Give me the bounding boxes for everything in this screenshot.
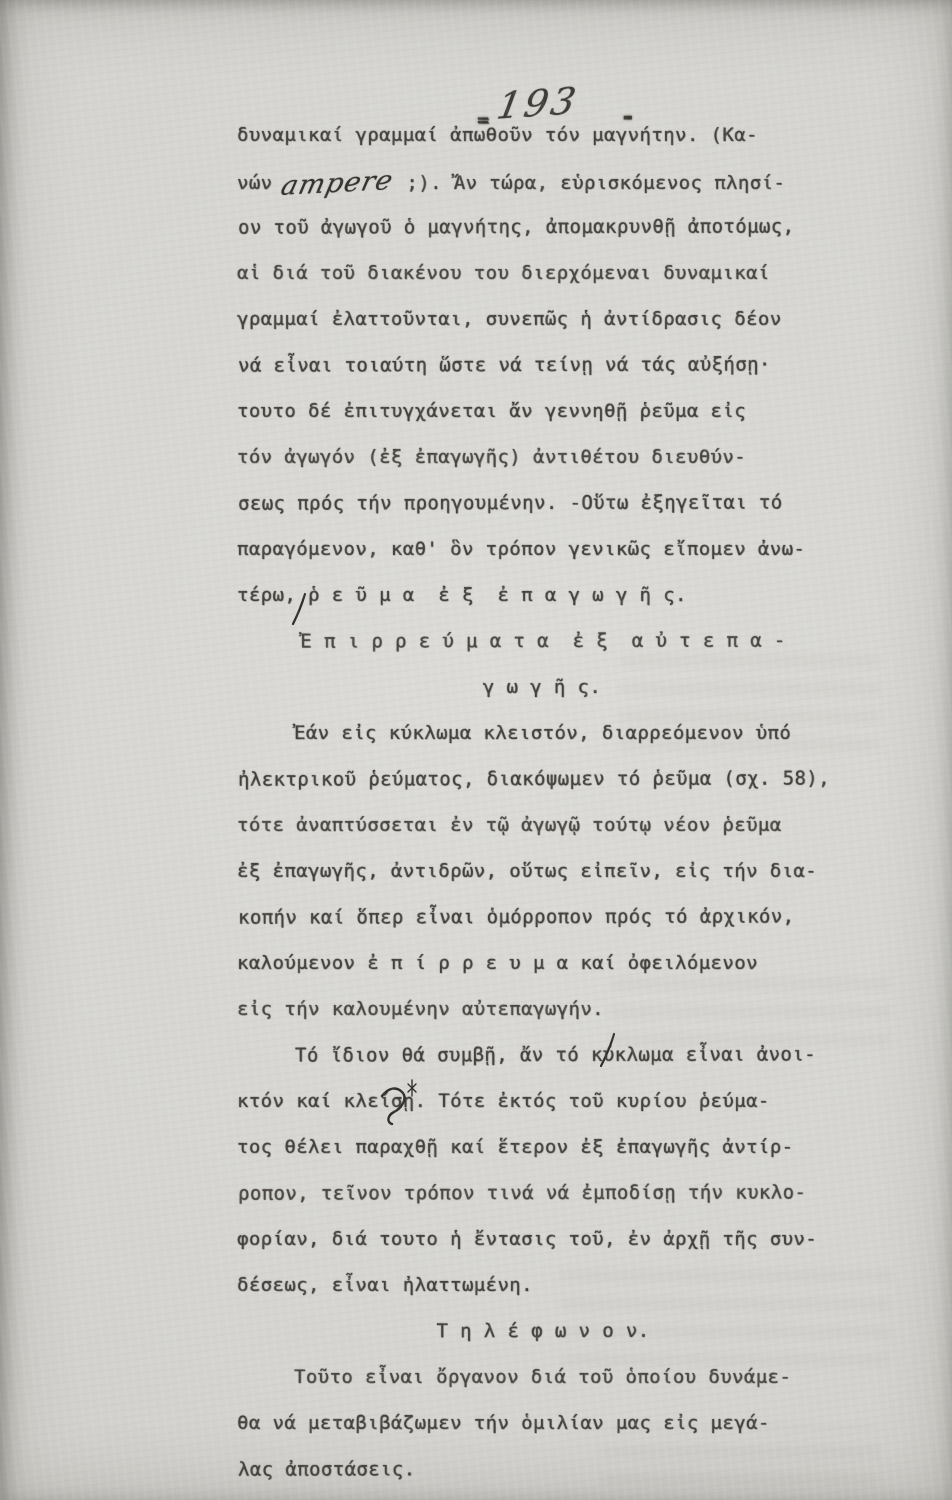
text-line: κοπήν καί ὅπερ εἶναι ὁμόρροπον πρός τό ἀ… [238, 893, 878, 940]
text-line: αἱ διά τοῦ διακένου του διερχόμεναι δυνα… [237, 250, 877, 296]
text-line: εἰς τήν καλουμένην αὐτεπαγωγήν. [237, 986, 877, 1032]
section-heading-line: γ ω γ ῆ ς. [237, 664, 877, 710]
text-line: δυναμικαί γραμμαί ἀπωθοῦν τόν μαγνήτην. … [237, 112, 877, 158]
text-line-part: νών [237, 172, 273, 194]
text-line: τότε ἀναπτύσσεται ἐν τῷ ἀγωγῷ τούτῳ νέον… [237, 802, 877, 848]
text-line: ον τοῦ ἀγωγοῦ ὁ μαγνήτης, ἀπομακρυνθῇ ἀπ… [238, 203, 878, 250]
text-line: λας ἀποστάσεις. [238, 1445, 878, 1492]
text-line: ροπον, τεῖνον τρόπον τινά νά ἐμποδίσῃ τή… [238, 1169, 878, 1216]
text-line: γραμμαί ἐλαττοῦνται, συνεπῶς ἡ ἀντίδρασι… [237, 296, 877, 342]
section-heading-line: Τ η λ έ φ ω ν ο ν. [238, 1307, 878, 1354]
text-line: νώνampere;). Ἄν τώρα, εὑρισκόμενος πλησί… [237, 158, 877, 204]
text-line: θα νά μεταβιβάζωμεν τήν ὁμιλίαν μας εἰς … [237, 1400, 877, 1446]
text-line: τουτο δέ ἐπιτυγχάνεται ἄν γεννηθῇ ῥεῦμα … [237, 388, 877, 434]
scanned-document-page: = 193 - δυναμικαί γραμμαί ἀπωθοῦν τόν μα… [0, 0, 952, 1500]
text-line: ἐξ ἐπαγωγῆς, ἀντιδρῶν, οὕτως εἰπεῖν, εἰς… [237, 848, 877, 894]
text-line: καλούμενον ἐ π ί ρ ρ ε υ μ α καί ὀφειλόμ… [237, 940, 877, 986]
text-line: ἠλεκτρικοῦ ῥεύματος, διακόψωμεν τό ῥεῦμα… [238, 755, 878, 802]
text-line: τόν ἀγωγόν (ἐξ ἐπαγωγῆς) ἀντιθέτου διευθ… [237, 434, 877, 480]
page-header: = 193 - [0, 42, 952, 102]
handwritten-word-ampere: ampere [276, 158, 398, 210]
text-line: τέρω, ῥ ε ῦ μ α ἐ ξ ἐ π α γ ω γ ῆ ς. [237, 572, 877, 618]
text-line: φορίαν, διά τουτο ἡ ἔντασις τοῦ, ἐν ἀρχῇ… [237, 1216, 877, 1262]
text-line: τος θέλει παραχθῇ καί ἕτερον ἐξ ἐπαγωγῆς… [237, 1124, 877, 1170]
text-line: παραγόμενον, καθ' ὃν τρόπον γενικῶς εἴπο… [237, 526, 877, 572]
section-heading-line: Ἐ π ι ρ ρ ε ύ μ α τ α ἐ ξ α ὐ τ ε π α - [238, 617, 878, 664]
text-line: νά εἶναι τοιαύτη ὥστε νά τείνῃ νά τάς αὐ… [238, 341, 878, 388]
text-line: δέσεως, εἶναι ἠλαττωμένη. [237, 1262, 877, 1308]
paragraph-start-line: Ἐάν εἰς κύκλωμα κλειστόν, διαρρεόμενον ὑ… [237, 710, 877, 756]
paragraph-start-line: Τό ἴδιον θά συμβῇ, ἄν τό κύκλωμα εἶναι ἀ… [238, 1031, 878, 1078]
typewritten-text-block: δυναμικαί γραμμαί ἀπωθοῦν τόν μαγνήτην. … [237, 112, 877, 1492]
text-line: σεως πρός τήν προηγουμένην. -Οὕτω ἐξηγεῖ… [238, 479, 878, 526]
text-line: κτόν καί κλείσῃ. Τότε ἐκτός τοῦ κυρίου ῥ… [237, 1078, 877, 1124]
paragraph-start-line: Τοῦτο εἶναι ὄργανον διά τοῦ ὁποίου δυνάμ… [237, 1354, 877, 1400]
text-line-part: ;). Ἄν τώρα, εὑρισκόμενος πλησί- [406, 172, 785, 194]
